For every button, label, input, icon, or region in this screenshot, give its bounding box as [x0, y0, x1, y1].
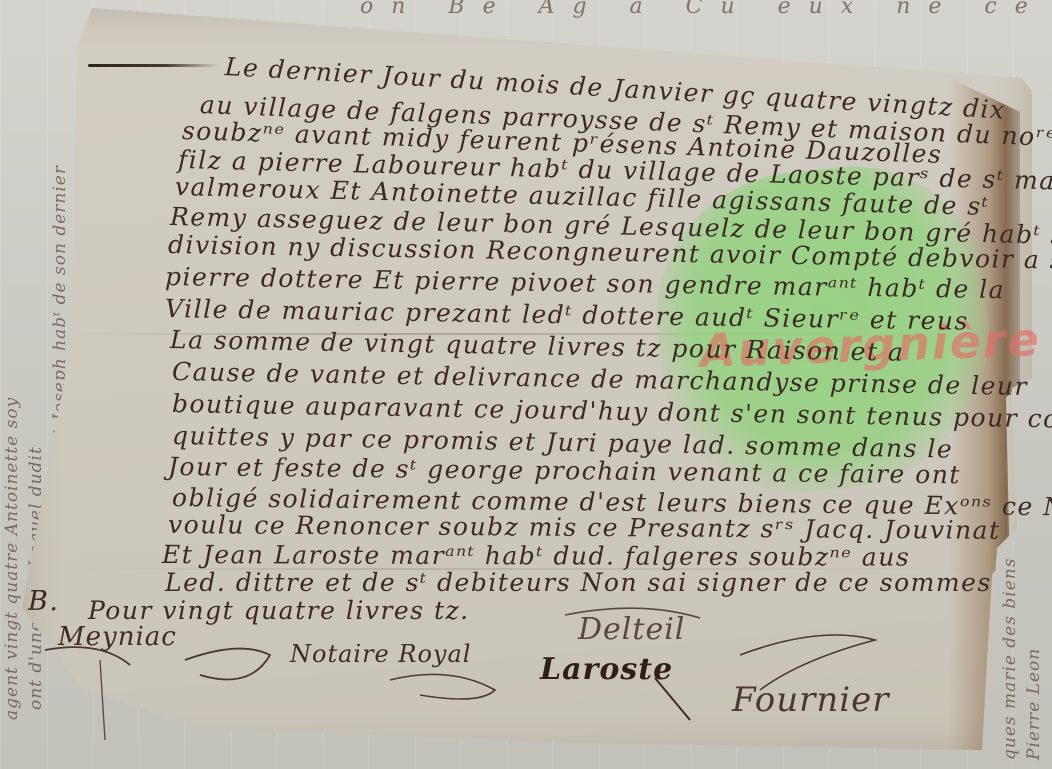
signature-meyniac: Meyniac [58, 622, 177, 652]
deed-line: Pour vingt quatre livres tz. [88, 596, 470, 625]
background-top-text: on Be Ag a Cu eux ne ce R rend ever ap L… [360, 0, 1040, 34]
deed-line: Et Jean Laroste marᵃⁿᵗ habᵗ dud. falgere… [162, 540, 910, 572]
signature-laroste: Laroste [540, 652, 673, 687]
deed-line: Led. dittre et de sᵗ debiteurs Non sai s… [165, 568, 992, 597]
signature-delteil: Delteil [578, 612, 685, 647]
background-text-column-1: agent vingt quatre Antoinette soy [2, 20, 22, 720]
opening-flourish [88, 64, 218, 67]
marginal-note: B. [28, 586, 59, 617]
signature-fournier: Fournier [732, 680, 890, 720]
signature-notaire-royal: Notaire Royal [290, 640, 471, 668]
background-text-column-6: ques marie des biens [1000, 620, 1020, 760]
